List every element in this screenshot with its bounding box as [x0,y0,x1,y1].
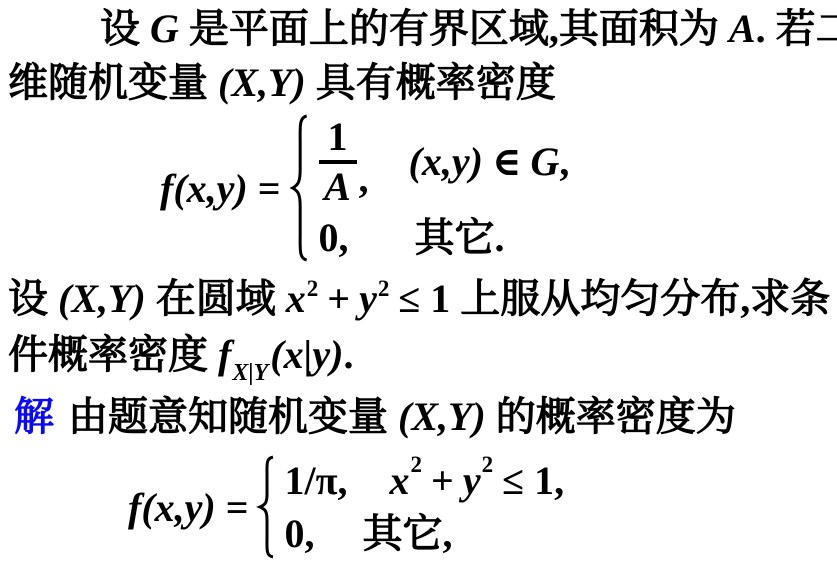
left-brace [285,113,311,263]
math-var-y: y [359,276,377,321]
piecewise-formula-uniform-density: f(x,y)= 1/π, x 2 + y 2 ≤ 1, 0, 其它, [128,455,564,559]
math-function: f(x,y) [160,166,248,211]
case-condition-otherwise: 其它, [363,511,453,557]
fraction-numerator: 1 [319,115,357,163]
plus-sign: + [431,458,454,504]
left-brace [253,455,277,559]
text-segment: 设 [100,6,150,51]
text-segment: 在圆域 [146,276,286,321]
math-var-y: y [463,458,481,504]
subscript-X-given-Y: X|Y [232,360,268,386]
problem-line-2: 维随机变量 (X,Y) 具有概率密度 [8,59,556,107]
superscript-2: 2 [378,276,390,301]
text-segment: 设 [8,276,58,321]
math-var-XY: (X,Y) [58,276,146,321]
text-segment: 维随机变量 [8,60,218,105]
fraction-denominator: A [324,164,351,208]
math-var-XY: (X,Y) [398,394,486,439]
text-segment: 件概率密度 [8,332,218,377]
comma: , [559,139,569,185]
formula-lhs: f(x,y)= [128,484,249,531]
piecewise-formula-general-density: f(x,y)= 1 A , (x,y) ∈ G , 0, 其它. [160,113,569,263]
math-function-f: f [218,332,231,377]
math-var-A: A [729,6,756,51]
math-var-G: G [531,139,560,185]
case-row-1: 1/π, x 2 + y 2 ≤ 1, [285,458,565,504]
case-condition-otherwise: 其它. [415,215,505,261]
case-row-2: 0, 其它. [319,215,570,261]
element-of-sign: ∈ [492,139,522,185]
math-function: f(x,y) [128,485,216,530]
fraction-1-over-A: 1 A [319,115,357,207]
math-var-XY: (X,Y) [218,60,306,105]
textbook-page: { "page": { "background": "#ffffff", "te… [0,0,837,567]
period: . [343,332,353,377]
plus-sign: + [327,276,350,321]
math-var-G: G [150,6,179,51]
leq-one: ≤ 1 [398,276,450,321]
problem-line-3: 设 (X,Y) 在圆域 x2+y2≤ 1 上服从均匀分布,求条 [8,275,830,329]
text-segment: 由题意知随机变量 [68,394,398,439]
problem-line-4: 件概率密度 fX|Y(x|y). [8,331,353,385]
case-row-1: 1 A , (x,y) ∈ G , [319,115,570,207]
problem-line-1: 设 G 是平面上的有界区域,其面积为 A. 若二 [100,5,837,53]
text-segment: 是平面上的有界区域,其面积为 [179,6,729,51]
text-segment: 上服从均匀分布,求条 [450,276,830,321]
math-vars: (x,y) [409,139,483,185]
leq-one-comma: ≤ 1, [502,458,564,504]
formula-lhs: f(x,y)= [160,165,281,212]
superscript-2: 2 [482,442,494,488]
equals-sign: = [258,166,281,211]
text-segment: 具有概率密度 [306,60,556,105]
comma: , [359,156,369,202]
cases-column: 1/π, x 2 + y 2 ≤ 1, 0, 其它, [285,458,565,557]
text-segment: 的概率密度为 [486,394,736,439]
case-value-zero: 0, [319,215,349,261]
text-segment: . 若二 [756,6,837,51]
superscript-2: 2 [307,276,319,301]
math-args-x-given-y: (x|y) [270,332,343,377]
solution-line: 解由题意知随机变量 (X,Y) 的概率密度为 [14,393,736,441]
case-value-one-over-pi: 1/π, [285,458,348,504]
math-var-x: x [286,276,306,321]
case-row-2: 0, 其它, [285,511,565,557]
equals-sign: = [226,485,249,530]
solution-label: 解 [14,394,54,439]
math-var-x: x [390,458,410,504]
superscript-2: 2 [411,442,423,488]
case-value-zero: 0, [285,511,315,557]
cases-column: 1 A , (x,y) ∈ G , 0, 其它. [319,115,570,260]
